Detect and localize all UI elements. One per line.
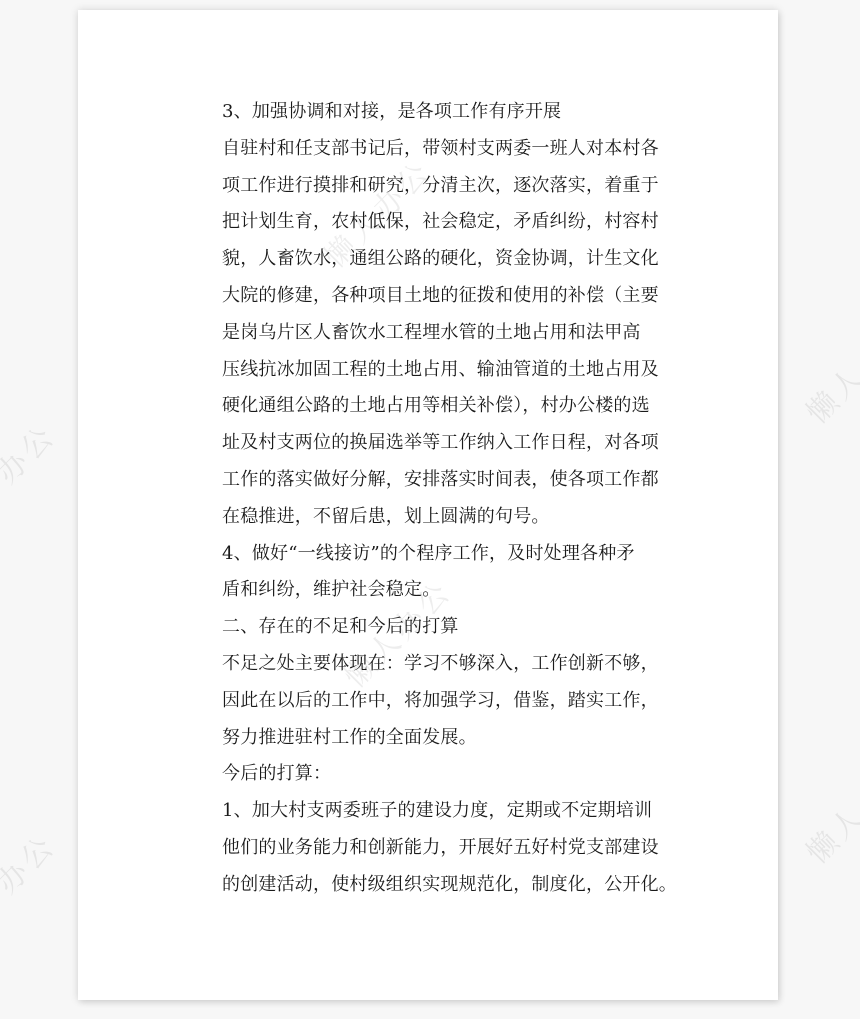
section-heading-4: 4、做好“一线接访”的个程序工作，及时处理各种矛 bbox=[222, 536, 674, 573]
watermark: 办公 bbox=[0, 822, 64, 901]
paragraph-line: 盾和纠纷，维护社会稳定。 bbox=[222, 572, 674, 609]
paragraph-line: 他们的业务能力和创新能力，开展好五好村党支部建设 bbox=[222, 830, 674, 867]
document-body: 3、加强协调和对接，是各项工作有序开展 自驻村和任支部书记后，带领村支两委一班人… bbox=[222, 94, 674, 904]
paragraph-line: 貌，人畜饮水，通组公路的硬化，资金协调，计生文化 bbox=[222, 241, 674, 278]
watermark: 懒人 bbox=[794, 792, 860, 871]
paragraph-line: 努力推进驻村工作的全面发展。 bbox=[222, 720, 674, 757]
subheading-plans: 今后的打算： bbox=[222, 756, 674, 793]
paragraph-line: 址及村支两位的换届选举等工作纳入工作日程，对各项 bbox=[222, 425, 674, 462]
paragraph-line: 压线抗冰加固工程的土地占用、输油管道的土地占用及 bbox=[222, 352, 674, 389]
paragraph-line: 是岗乌片区人畜饮水工程埋水管的土地占用和法甲高 bbox=[222, 315, 674, 352]
paragraph-line: 在稳推进，不留后患，划上圆满的句号。 bbox=[222, 499, 674, 536]
paragraph-line: 项工作进行摸排和研究，分清主次，逐次落实，着重于 bbox=[222, 168, 674, 205]
document-page: 懒人办公 懒人办公 3、加强协调和对接，是各项工作有序开展 自驻村和任支部书记后… bbox=[78, 10, 778, 1000]
paragraph-line: 因此在以后的工作中，将加强学习，借鉴，踏实工作， bbox=[222, 683, 674, 720]
watermark: 懒人 bbox=[794, 352, 860, 431]
paragraph-line: 把计划生育，农村低保，社会稳定，矛盾纠纷，村容村 bbox=[222, 204, 674, 241]
paragraph-line: 的创建活动，使村级组织实现规范化，制度化，公开化。 bbox=[222, 867, 674, 904]
paragraph-line: 不足之处主要体现在：学习不够深入，工作创新不够， bbox=[222, 646, 674, 683]
section-heading-3: 3、加强协调和对接，是各项工作有序开展 bbox=[222, 94, 674, 131]
paragraph-line: 工作的落实做好分解，安排落实时间表，使各项工作都 bbox=[222, 462, 674, 499]
section-heading-2: 二、存在的不足和今后的打算 bbox=[222, 609, 674, 646]
watermark: 办公 bbox=[0, 412, 64, 491]
paragraph-line: 硬化通组公路的土地占用等相关补偿），村办公楼的选 bbox=[222, 388, 674, 425]
paragraph-line: 1、加大村支两委班子的建设力度，定期或不定期培训 bbox=[222, 793, 674, 830]
paragraph-line: 大院的修建，各种项目土地的征拨和使用的补偿（主要 bbox=[222, 278, 674, 315]
paragraph-line: 自驻村和任支部书记后，带领村支两委一班人对本村各 bbox=[222, 131, 674, 168]
document-viewer: 办公 办公 懒人 懒人 懒人办公 懒人办公 3、加强协调和对接，是各项工作有序开… bbox=[0, 0, 860, 1019]
